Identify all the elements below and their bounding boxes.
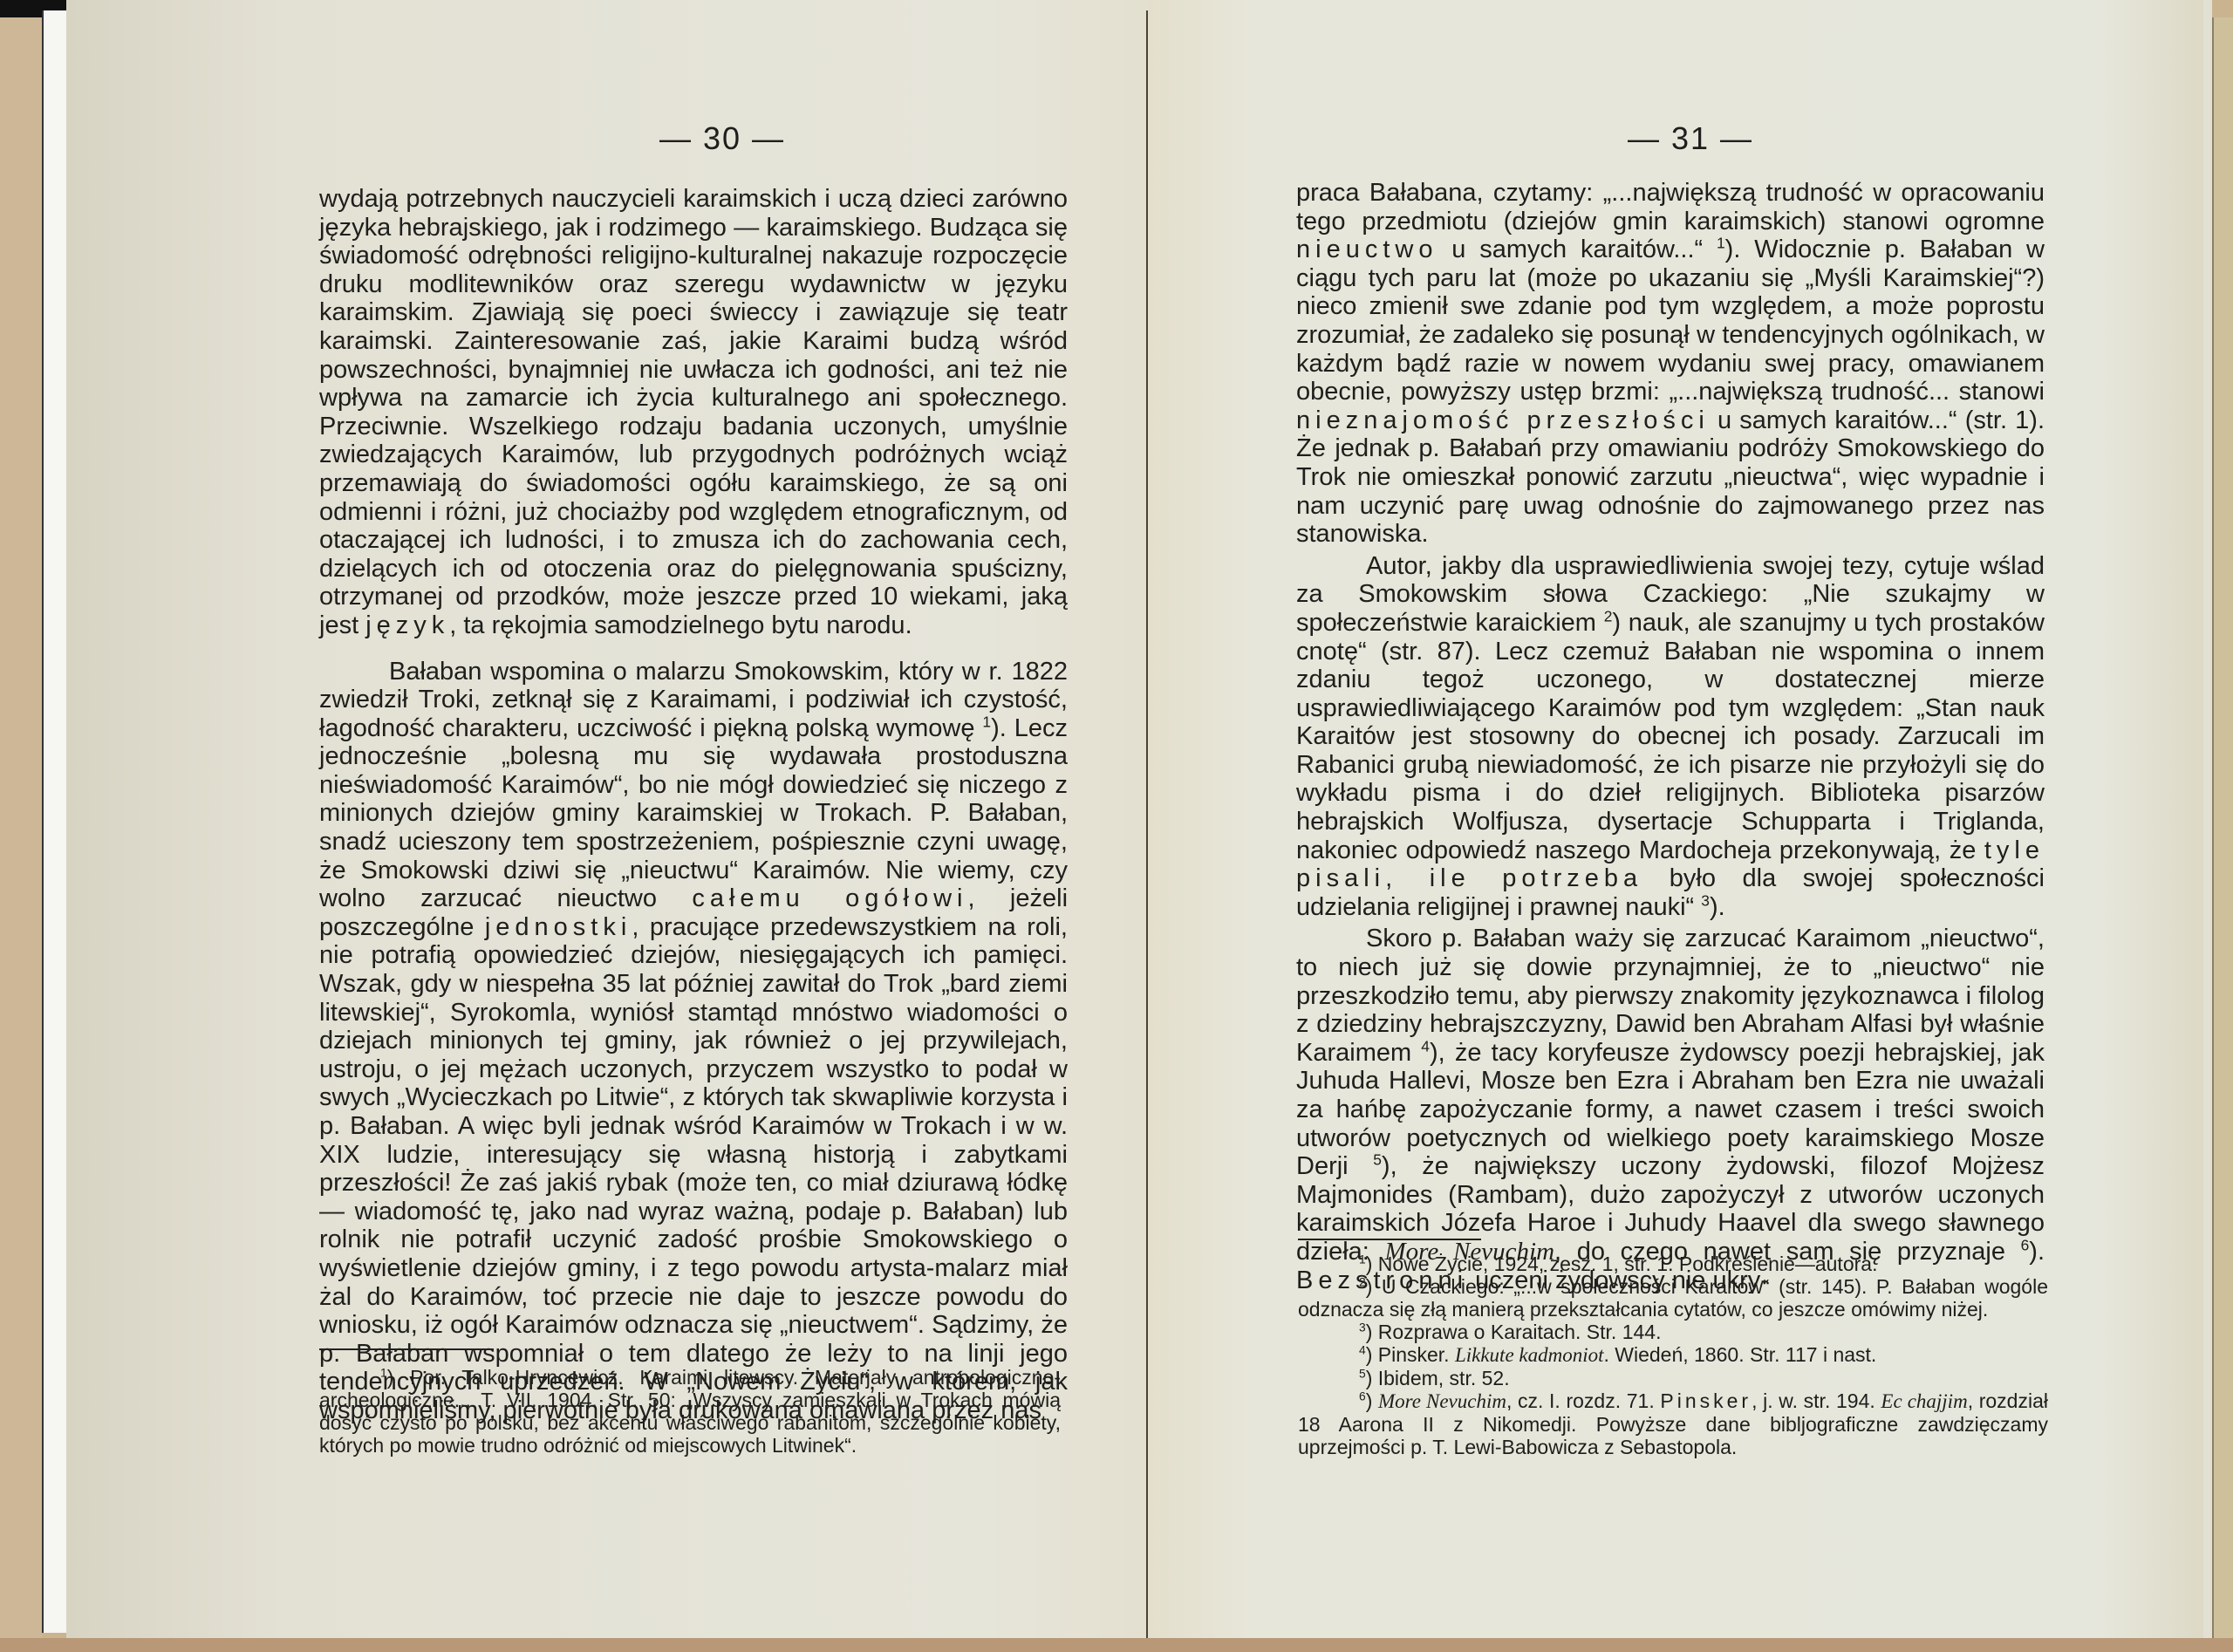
footnote-marker: 2 bbox=[1359, 1275, 1366, 1288]
right-body-text: praca Bałabana, czytamy: „...największą … bbox=[1296, 179, 2045, 1294]
footnote: 3) Rozprawa o Karaitach. Str. 144. bbox=[1298, 1321, 2048, 1343]
page-stack-edge-right bbox=[2212, 17, 2233, 1652]
footnote-ref[interactable]: 5 bbox=[1373, 1151, 1382, 1169]
footnote: 1) Por. Talko-Hryncewicz. Karaimi litews… bbox=[319, 1366, 1061, 1457]
footnote: 2) U Czackiego: „...w społeczności Karai… bbox=[1298, 1275, 2048, 1321]
footnote: 4) Pinsker. Likkute kadmoniot. Wiedeń, 1… bbox=[1298, 1343, 2048, 1367]
page-stack-edge bbox=[42, 10, 68, 1633]
footnote-text: ) U Czackiego: „...w społeczności Karait… bbox=[1298, 1275, 2048, 1321]
emphasized-word: nieznajomość przeszłości bbox=[1296, 406, 1710, 434]
page-right: — 31 — praca Bałabana, czytamy: „...najw… bbox=[1148, 0, 2203, 1638]
footnote-ref[interactable]: 1 bbox=[982, 713, 991, 730]
emphasized-word: nieuctwo bbox=[1296, 236, 1437, 263]
page-number: — 30 — bbox=[659, 120, 785, 157]
left-footnotes: 1) Por. Talko-Hryncewicz. Karaimi litews… bbox=[319, 1366, 1061, 1457]
footnote-ref[interactable]: 3 bbox=[1701, 891, 1710, 909]
footnote-ref[interactable]: 4 bbox=[1421, 1037, 1430, 1055]
text-run: Bałaban wspomina o malarzu Smokowskim, k… bbox=[319, 658, 1068, 742]
footnote-text: , j. w. str. 194. bbox=[1752, 1389, 1881, 1412]
footnote-text: ) Por. Talko-Hryncewicz. Karaimi litewsc… bbox=[319, 1366, 1061, 1457]
footnote-ref[interactable]: 2 bbox=[1604, 607, 1613, 625]
emphasized-word: całemu ogółowi bbox=[692, 884, 967, 912]
footnote-text: ) Ibidem, str. 52. bbox=[1366, 1367, 1510, 1389]
right-footnotes: 1) Nowe Życie, 1924, zesz. 1, str. 1. Po… bbox=[1298, 1253, 2048, 1458]
footnote-ref[interactable]: 1 bbox=[1717, 235, 1725, 252]
text-run: wydają potrzebnych nauczycieli karaimski… bbox=[319, 185, 1068, 639]
text-run: u samych karaitów...“ bbox=[1437, 236, 1717, 263]
text-run: ). bbox=[991, 714, 1007, 742]
footnote-marker: 4 bbox=[1359, 1343, 1366, 1356]
footnote: 6) More Nevuchim, cz. I. rozdz. 71. Pins… bbox=[1298, 1389, 2048, 1458]
footnote-text: ) bbox=[1366, 1389, 1378, 1412]
footnote-marker: 1 bbox=[1359, 1253, 1366, 1266]
footnote-marker: 5 bbox=[1359, 1367, 1366, 1380]
paragraph: praca Bałabana, czytamy: „...największą … bbox=[1296, 179, 2045, 549]
italic-title: Ec chajjim bbox=[1881, 1390, 1967, 1412]
footnote: 1) Nowe Życie, 1924, zesz. 1, str. 1. Po… bbox=[1298, 1253, 2048, 1275]
emphasized-word: jednostki bbox=[485, 913, 632, 941]
page-left: — 30 — wydają potrzebnych nauczycieli ka… bbox=[66, 0, 1146, 1638]
italic-title: More Nevuchim bbox=[1378, 1390, 1506, 1412]
text-run: Lecz jednocześnie „bolesną mu się wydawa… bbox=[319, 714, 1068, 913]
emphasized-word: Pinsker bbox=[1660, 1389, 1752, 1412]
footnote-divider bbox=[1298, 1239, 1481, 1240]
footnote-marker: 3 bbox=[1359, 1321, 1366, 1334]
footnote-text: ) Rozprawa o Karaitach. Str. 144. bbox=[1366, 1321, 1662, 1343]
footnote-marker: 1 bbox=[380, 1366, 387, 1379]
book-bottom-edge bbox=[0, 1638, 2233, 1652]
page-number: — 31 — bbox=[1628, 120, 1753, 157]
italic-title: Likkute kadmoniot bbox=[1455, 1344, 1604, 1366]
left-body-text: wydają potrzebnych nauczycieli karaimski… bbox=[319, 185, 1068, 1425]
paragraph: Autor, jakby dla usprawiedliwienia swoje… bbox=[1296, 552, 2045, 922]
book-cover-edge bbox=[0, 17, 42, 1640]
text-run: , ta rękojmia samodzielnego bytu narodu. bbox=[449, 611, 912, 639]
footnote-text: , cz. I. rozdz. 71. bbox=[1506, 1389, 1660, 1412]
text-run: ) nauk, ale szanujmy u tych prostaków cn… bbox=[1296, 609, 2045, 864]
footnote-text: . Wiedeń, 1860. Str. 117 i nast. bbox=[1604, 1343, 1877, 1366]
paragraph: Bałaban wspomina o malarzu Smokowskim, k… bbox=[319, 658, 1068, 1425]
footnote-text: ) Pinsker. bbox=[1366, 1343, 1455, 1366]
text-run: ). bbox=[1710, 893, 1725, 921]
text-run: praca Bałabana, czytamy: „...największą … bbox=[1296, 179, 2045, 236]
book-spread: — 30 — wydają potrzebnych nauczycieli ka… bbox=[66, 0, 2212, 1638]
footnote-divider bbox=[319, 1348, 494, 1350]
footnote-text: ) Nowe Życie, 1924, zesz. 1, str. 1. Pod… bbox=[1366, 1253, 1878, 1275]
emphasized-word: język bbox=[365, 611, 449, 639]
footnote-ref[interactable]: 6 bbox=[2021, 1236, 2030, 1253]
text-run: gdy w niespełna 35 lat później zawitał d… bbox=[319, 970, 1068, 1424]
footnote: 5) Ibidem, str. 52. bbox=[1298, 1367, 2048, 1389]
paragraph: wydają potrzebnych nauczycieli karaimski… bbox=[319, 185, 1068, 640]
footnote-marker: 6 bbox=[1359, 1389, 1366, 1403]
